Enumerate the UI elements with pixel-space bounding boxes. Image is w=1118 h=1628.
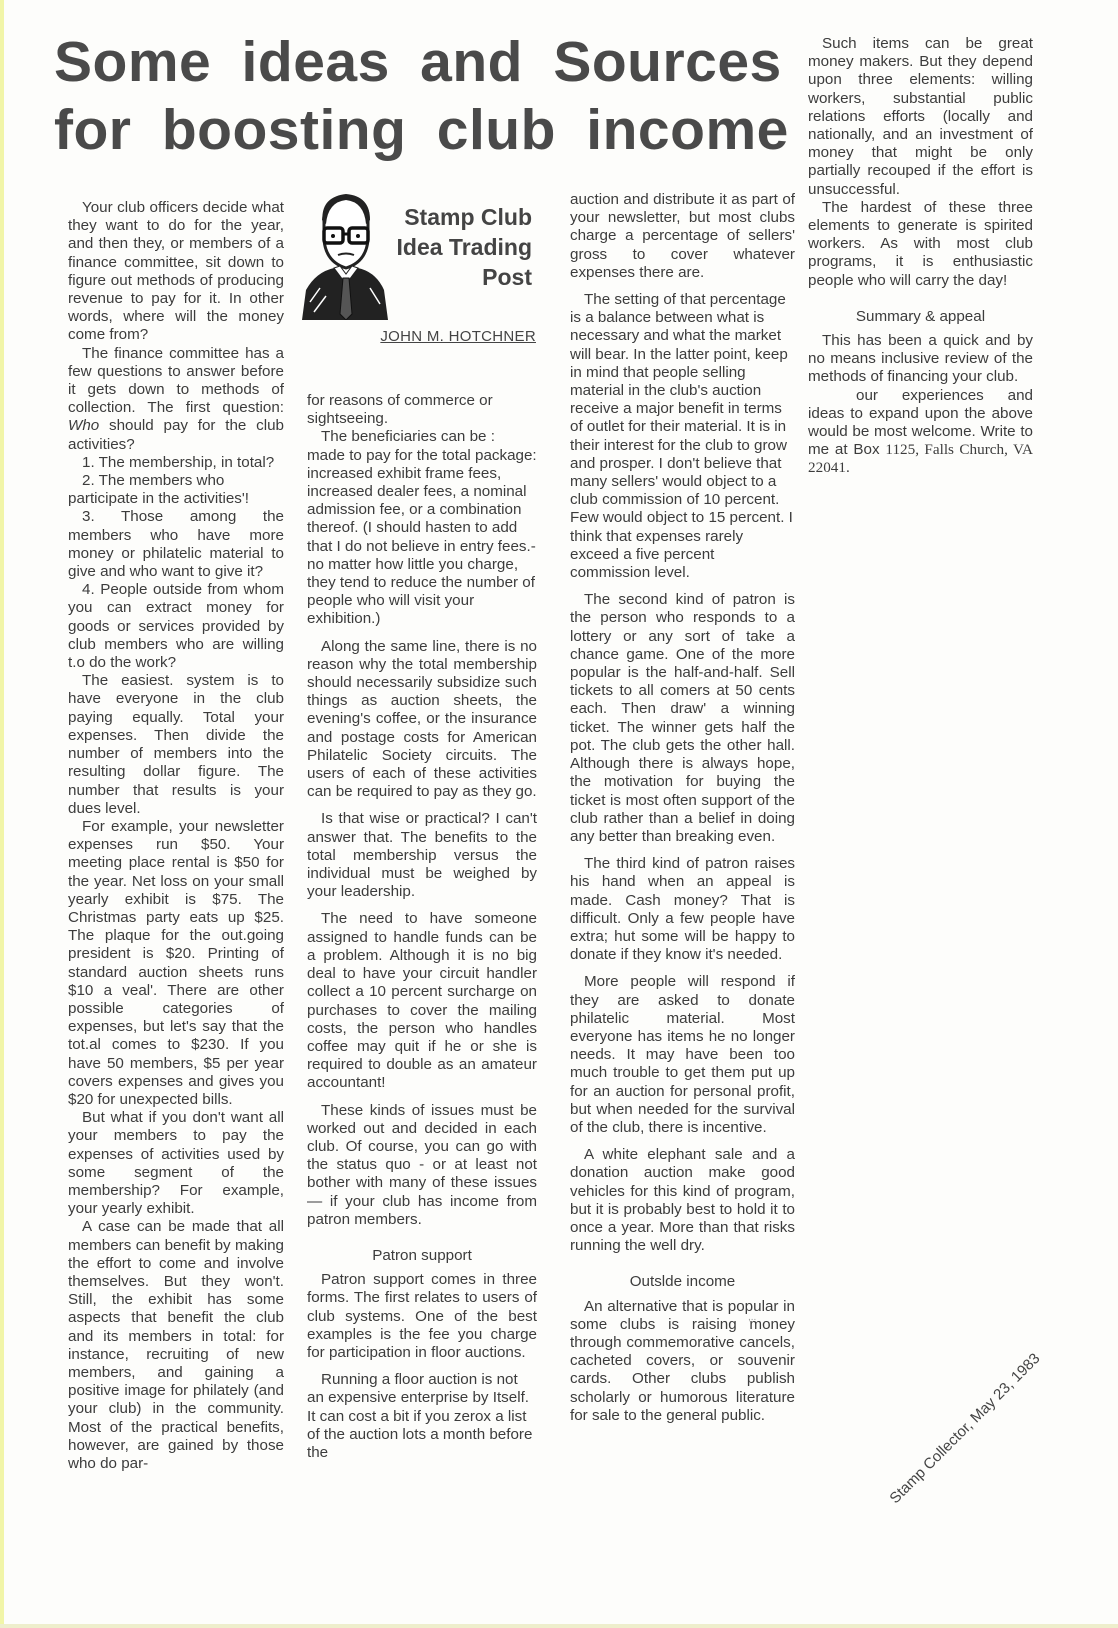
- paragraph: A case can be made that all members can …: [68, 1218, 284, 1473]
- paragraph: An alternative that is popular in some c…: [570, 1298, 795, 1425]
- list-item: 2. The members who participate in the ac…: [68, 472, 284, 508]
- page-left-edge: [0, 0, 4, 1628]
- subhead-summary-appeal: Summary & appeal: [808, 308, 1033, 326]
- headline-line-2: for boosting club income: [54, 96, 794, 164]
- paragraph: The need to have someone assigned to han…: [307, 910, 537, 1092]
- q1-prefix: first question:: [186, 399, 284, 416]
- list-item: 4. People outside from whom you can extr…: [68, 581, 284, 672]
- paragraph: For example, your newsletter expenses ru…: [68, 818, 284, 1109]
- subhead-patron-support: Patron support: [307, 1247, 537, 1265]
- article-column-3: auction and distribute it as part of you…: [570, 191, 795, 1425]
- paragraph: The third kind of patron raises his hand…: [570, 855, 795, 964]
- paragraph: The beneficiaries can be : made to pay f…: [307, 428, 537, 628]
- paragraph: A white elephant sale and a donation auc…: [570, 1146, 795, 1255]
- list-item: 1. The membership, in total?: [68, 454, 284, 472]
- paragraph: Running a floor auction is not an expens…: [307, 1371, 537, 1462]
- paragraph: Patron support comes in three forms. The…: [307, 1271, 537, 1362]
- author-byline: JOHN M. HOTCHNER: [348, 328, 536, 345]
- paragraph: The easiest. system is to have everyone …: [68, 672, 284, 818]
- paragraph: Your club officers decide what they want…: [68, 199, 284, 345]
- subhead-outside-income: Outslde income: [570, 1273, 795, 1291]
- column-title: Stamp Club Idea Trading Post: [382, 202, 532, 292]
- paragraph: But what if you don't want all your memb…: [68, 1109, 284, 1218]
- column-title-line-1: Stamp Club: [382, 202, 532, 232]
- author-portrait-icon: [300, 192, 388, 320]
- column-header: Stamp Club Idea Trading Post JOHN M. HOT…: [300, 190, 540, 390]
- q1-emphasis: Who: [68, 417, 99, 434]
- paragraph: The hardest of these three elements to g…: [808, 199, 1033, 290]
- paragraph: The finance committee has a few question…: [68, 345, 284, 454]
- column-title-line-3: Post: [382, 262, 532, 292]
- paragraph: Is that wise or practical? I can't answe…: [307, 810, 537, 901]
- q1-suffix: should pay for the club activities?: [68, 417, 284, 452]
- paragraph: These kinds of issues must be worked out…: [307, 1102, 537, 1229]
- paragraph: This has been a quick and by no means in…: [808, 332, 1033, 387]
- paragraph: The setting of that percentage is a bala…: [570, 291, 795, 582]
- publication-credit: Stamp Collector, May 23, 1983: [867, 1331, 1063, 1527]
- paragraph: auction and distribute it as part of you…: [570, 191, 795, 282]
- column-title-line-2: Idea Trading: [382, 232, 532, 262]
- headline: Some ideas and Sources for boosting club…: [54, 28, 794, 164]
- paragraph: More people will respond if they are ask…: [570, 973, 795, 1137]
- article-column-2: for reasons of commerce or sightseeing. …: [307, 392, 537, 1462]
- page-bottom-edge: [0, 1624, 1118, 1628]
- headline-line-1: Some ideas and Sources: [54, 28, 794, 96]
- stray-mark: ,..: [748, 1312, 756, 1323]
- list-item: 3. Those among the members who have more…: [68, 508, 284, 581]
- paragraph: for reasons of commerce or sightseeing.: [307, 392, 537, 428]
- article-column-4: Such items can be great money makers. Bu…: [808, 35, 1033, 478]
- article-column-1: Your club officers decide what they want…: [68, 199, 284, 1473]
- paragraph: our experiences and ideas to expand upon…: [808, 387, 1033, 478]
- paragraph: Along the same line, there is no reason …: [307, 638, 537, 802]
- paragraph: Such items can be great money makers. Bu…: [808, 35, 1033, 199]
- paragraph: The second kind of patron is the person …: [570, 591, 795, 846]
